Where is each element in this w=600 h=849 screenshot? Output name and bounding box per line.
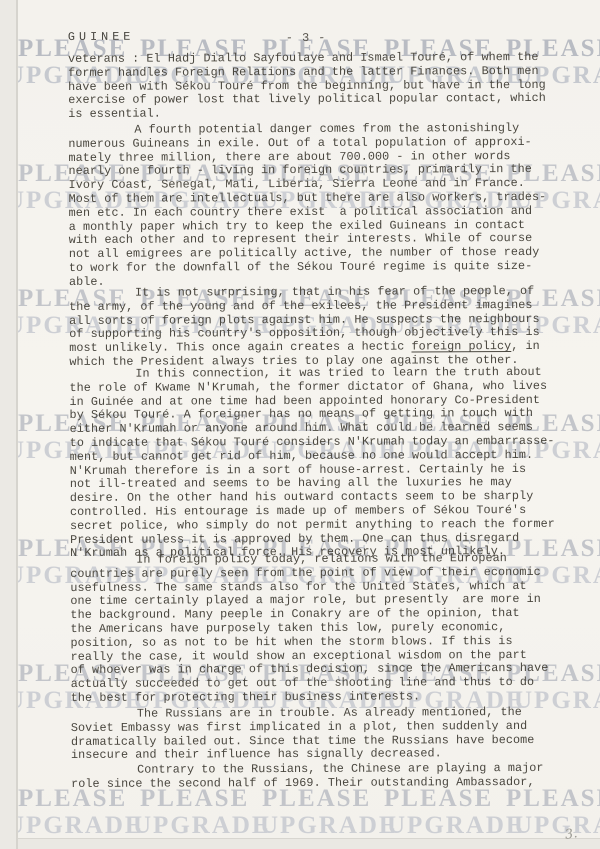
paragraph: In foreign policy today, relations with … xyxy=(70,552,571,706)
paragraph: veterans : El Hadj Diallo Sayfoulaye and… xyxy=(68,51,568,122)
scan-left-edge xyxy=(0,0,18,849)
underlined-text: foreign policy xyxy=(411,339,511,353)
page-number: - 3 - xyxy=(286,31,326,45)
paragraph: It is not surprising, that in his fear o… xyxy=(69,285,569,370)
text-line: is essential. xyxy=(68,106,568,122)
scanned-document-page: PLEASEPLEASEPLEASEPLEASEPLEASEUPGRADEUPG… xyxy=(0,0,600,849)
document-header: GUINEE - 3 - xyxy=(0,28,600,47)
handwritten-page-number: 3. xyxy=(564,826,578,843)
text-line: exercise of power lost that lively polit… xyxy=(68,92,568,108)
document-title: GUINEE xyxy=(68,30,135,44)
paragraph: In this connection, it was tried to lear… xyxy=(69,366,570,561)
scan-bottom-edge xyxy=(0,838,600,849)
text-line: to work for the downfall of the Sékou To… xyxy=(69,260,569,276)
text-line: the best for protecting their business i… xyxy=(71,690,571,706)
paragraph: Contrary to the Russians, the Chinese ar… xyxy=(71,762,571,792)
text-segment: , in xyxy=(511,339,540,353)
text-line: role since the second half of 1969. Thei… xyxy=(71,776,571,792)
paragraph: The Russians are in trouble. As already … xyxy=(71,706,571,763)
document-text-layer: GUINEE - 3 - veterans : El Hadj Diallo S… xyxy=(0,0,600,849)
paragraph: A fourth potential danger comes from the… xyxy=(68,122,569,290)
